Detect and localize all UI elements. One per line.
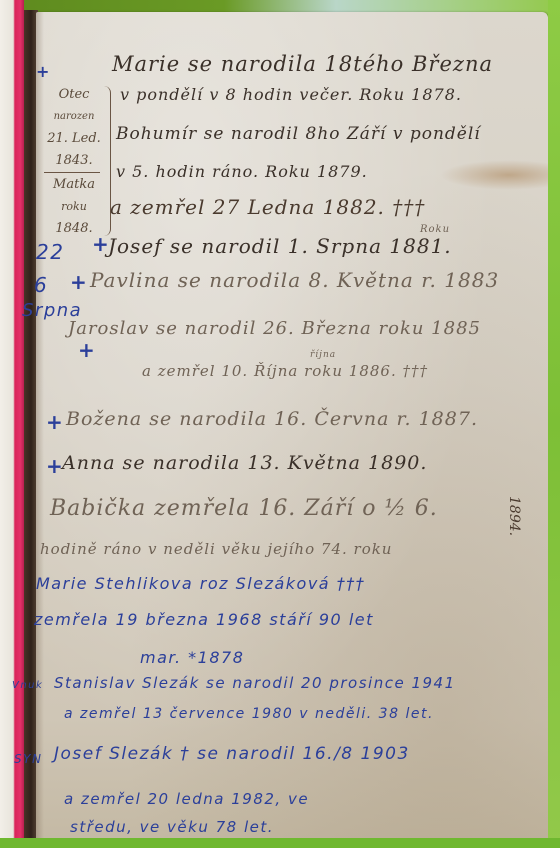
entry-josef-syn-line-1: Josef Slezák † se narodil 16./8 1903	[54, 744, 410, 764]
blue-cross-mark: +	[36, 62, 49, 82]
entry-josef-syn-prefix: SYN	[14, 752, 42, 766]
blue-cross-mark: +	[70, 272, 87, 292]
entry-bozena-line-1: Božena se narodila 16. Června r. 1887.	[66, 408, 478, 430]
entry-bohumir-line-3: a zemřel 27 Ledna 1882. †††	[110, 195, 425, 219]
parents-note: Otec narozen 21. Led. 1843. Matka roku 1…	[44, 84, 104, 240]
note-father: Otec	[44, 84, 104, 106]
book-cover-red-edge	[0, 0, 24, 848]
entry-marie-line-2: v pondělí v 8 hodin večer. Roku 1878.	[120, 85, 462, 104]
entry-marie-line-1: Marie se narodila 18tého Března	[112, 52, 493, 76]
entry-babicka-line-2: hodině ráno v neděli věku jejího 74. rok…	[40, 540, 392, 558]
blue-note-month-num: 6	[34, 273, 48, 297]
page-gutter-shadow	[36, 12, 44, 842]
entry-stanislav-line-2: a zemřel 13 července 1980 v neděli. 38 l…	[64, 706, 434, 722]
entry-stehlikova-line-2: zemřela 19 března 1968 stáří 90 let	[34, 610, 374, 629]
entry-stanislav-prefix: Vnuk	[12, 680, 43, 691]
entry-anna-line-1: Anna se narodila 13. Května 1890.	[62, 452, 427, 474]
paper-stain	[440, 160, 555, 190]
note-mother: Matka	[44, 174, 104, 196]
margin-divider	[44, 172, 100, 173]
entry-pavlina-line-1: Pavlina se narodila 8. Května r. 1883	[90, 268, 499, 292]
entry-josef-syn-line-2: a zemřel 20 ledna 1982, ve	[64, 790, 309, 808]
green-background-right	[548, 0, 560, 848]
entry-stanislav-line-1: Stanislav Slezák se narodil 20 prosince …	[54, 674, 456, 692]
blue-cross-mark: +	[78, 340, 95, 360]
entry-bohumir-line-1: Bohumír se narodil 8ho Září v pondělí	[116, 124, 481, 144]
blue-cross-mark: +	[46, 456, 63, 476]
blue-cross-mark: +	[46, 412, 63, 432]
entry-bohumir-line-2: v 5. hodin ráno. Roku 1879.	[116, 162, 368, 181]
note-father-year: 1843.	[44, 150, 104, 172]
note-year-label: roku	[44, 196, 104, 218]
blue-cross-mark: +	[92, 234, 109, 254]
entry-jaroslav-superscript: října	[310, 350, 336, 360]
entry-stehlikova-line-3: mar. *1878	[140, 648, 244, 667]
note-father-date: 21. Led.	[44, 128, 104, 150]
entry-babicka-vertical-year: 1894.	[506, 496, 522, 536]
entry-stehlikova-line-1: Marie Stehlikova roz Slezáková †††	[36, 574, 365, 593]
green-background-bottom	[0, 838, 560, 848]
blue-note-day: 22	[36, 240, 64, 264]
entry-jaroslav-line-2: a zemřel 10. Října roku 1886. †††	[142, 362, 428, 380]
entry-josef-syn-line-3: středu, ve věku 78 let.	[70, 818, 274, 836]
entry-jaroslav-line-1: Jaroslav se narodil 26. Března roku 1885	[68, 318, 481, 339]
entry-babicka-line-1: Babička zemřela 16. Září o ½ 6.	[50, 496, 438, 521]
entry-josef-line-1: Josef se narodil 1. Srpna 1881.	[108, 234, 452, 258]
note-born: narozen	[44, 106, 104, 128]
